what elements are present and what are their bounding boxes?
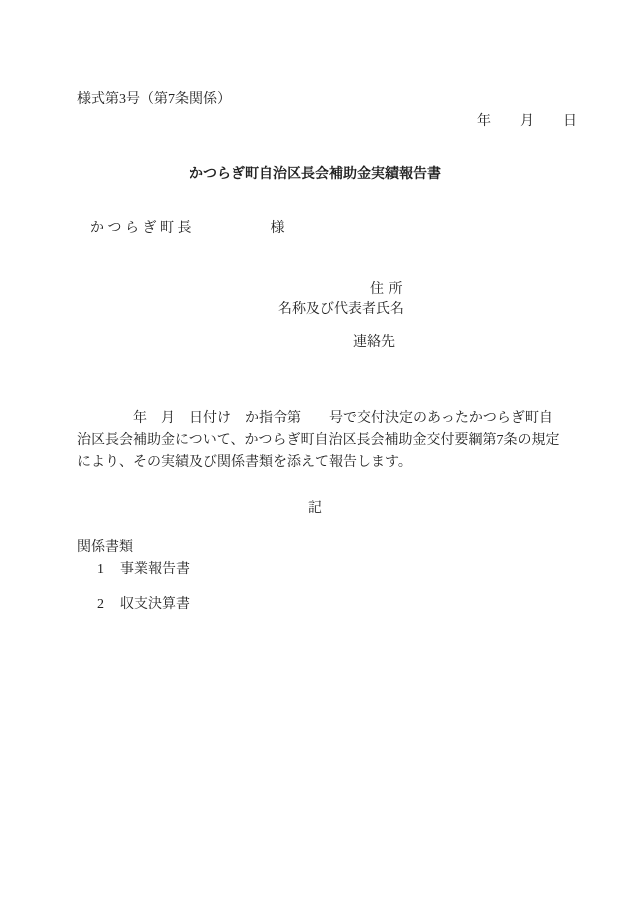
year-label: 年 <box>477 113 491 131</box>
day-label: 日 <box>563 113 577 131</box>
attachment-item-label: 収支決算書 <box>120 596 190 614</box>
attachment-item-number: 2 <box>97 596 104 614</box>
document-page: 様式第3号（第7条関係） 年 月 日 かつらぎ町自治区長会補助金実績報告書 かつ… <box>0 0 630 903</box>
attachment-item-number: 1 <box>97 561 104 579</box>
address-label: 住所 <box>370 281 407 299</box>
attachment-item: 1 事業報告書 <box>97 561 190 579</box>
addressee-line: かつらぎ町長 様 <box>90 220 285 238</box>
attachment-item-label: 事業報告書 <box>120 561 190 579</box>
body-paragraph: 年 月 日付け か指令第 号で交付決定のあったかつらぎ町自治区長会補助金について… <box>77 408 559 474</box>
ki-heading: 記 <box>0 500 630 518</box>
addressee-honorific: 様 <box>271 221 285 236</box>
attachments-heading: 関係書類 <box>77 539 133 557</box>
form-number: 様式第3号（第7条関係） <box>77 91 231 109</box>
attachment-item: 2 収支決算書 <box>97 596 190 614</box>
month-label: 月 <box>520 113 534 131</box>
document-title: かつらぎ町自治区長会補助金実績報告書 <box>0 166 630 184</box>
name-representative-label: 名称及び代表者氏名 <box>278 301 404 319</box>
contact-label: 連絡先 <box>353 334 395 352</box>
date-line: 年 月 日 <box>477 113 577 131</box>
addressee-name: かつらぎ町長 <box>90 221 195 236</box>
